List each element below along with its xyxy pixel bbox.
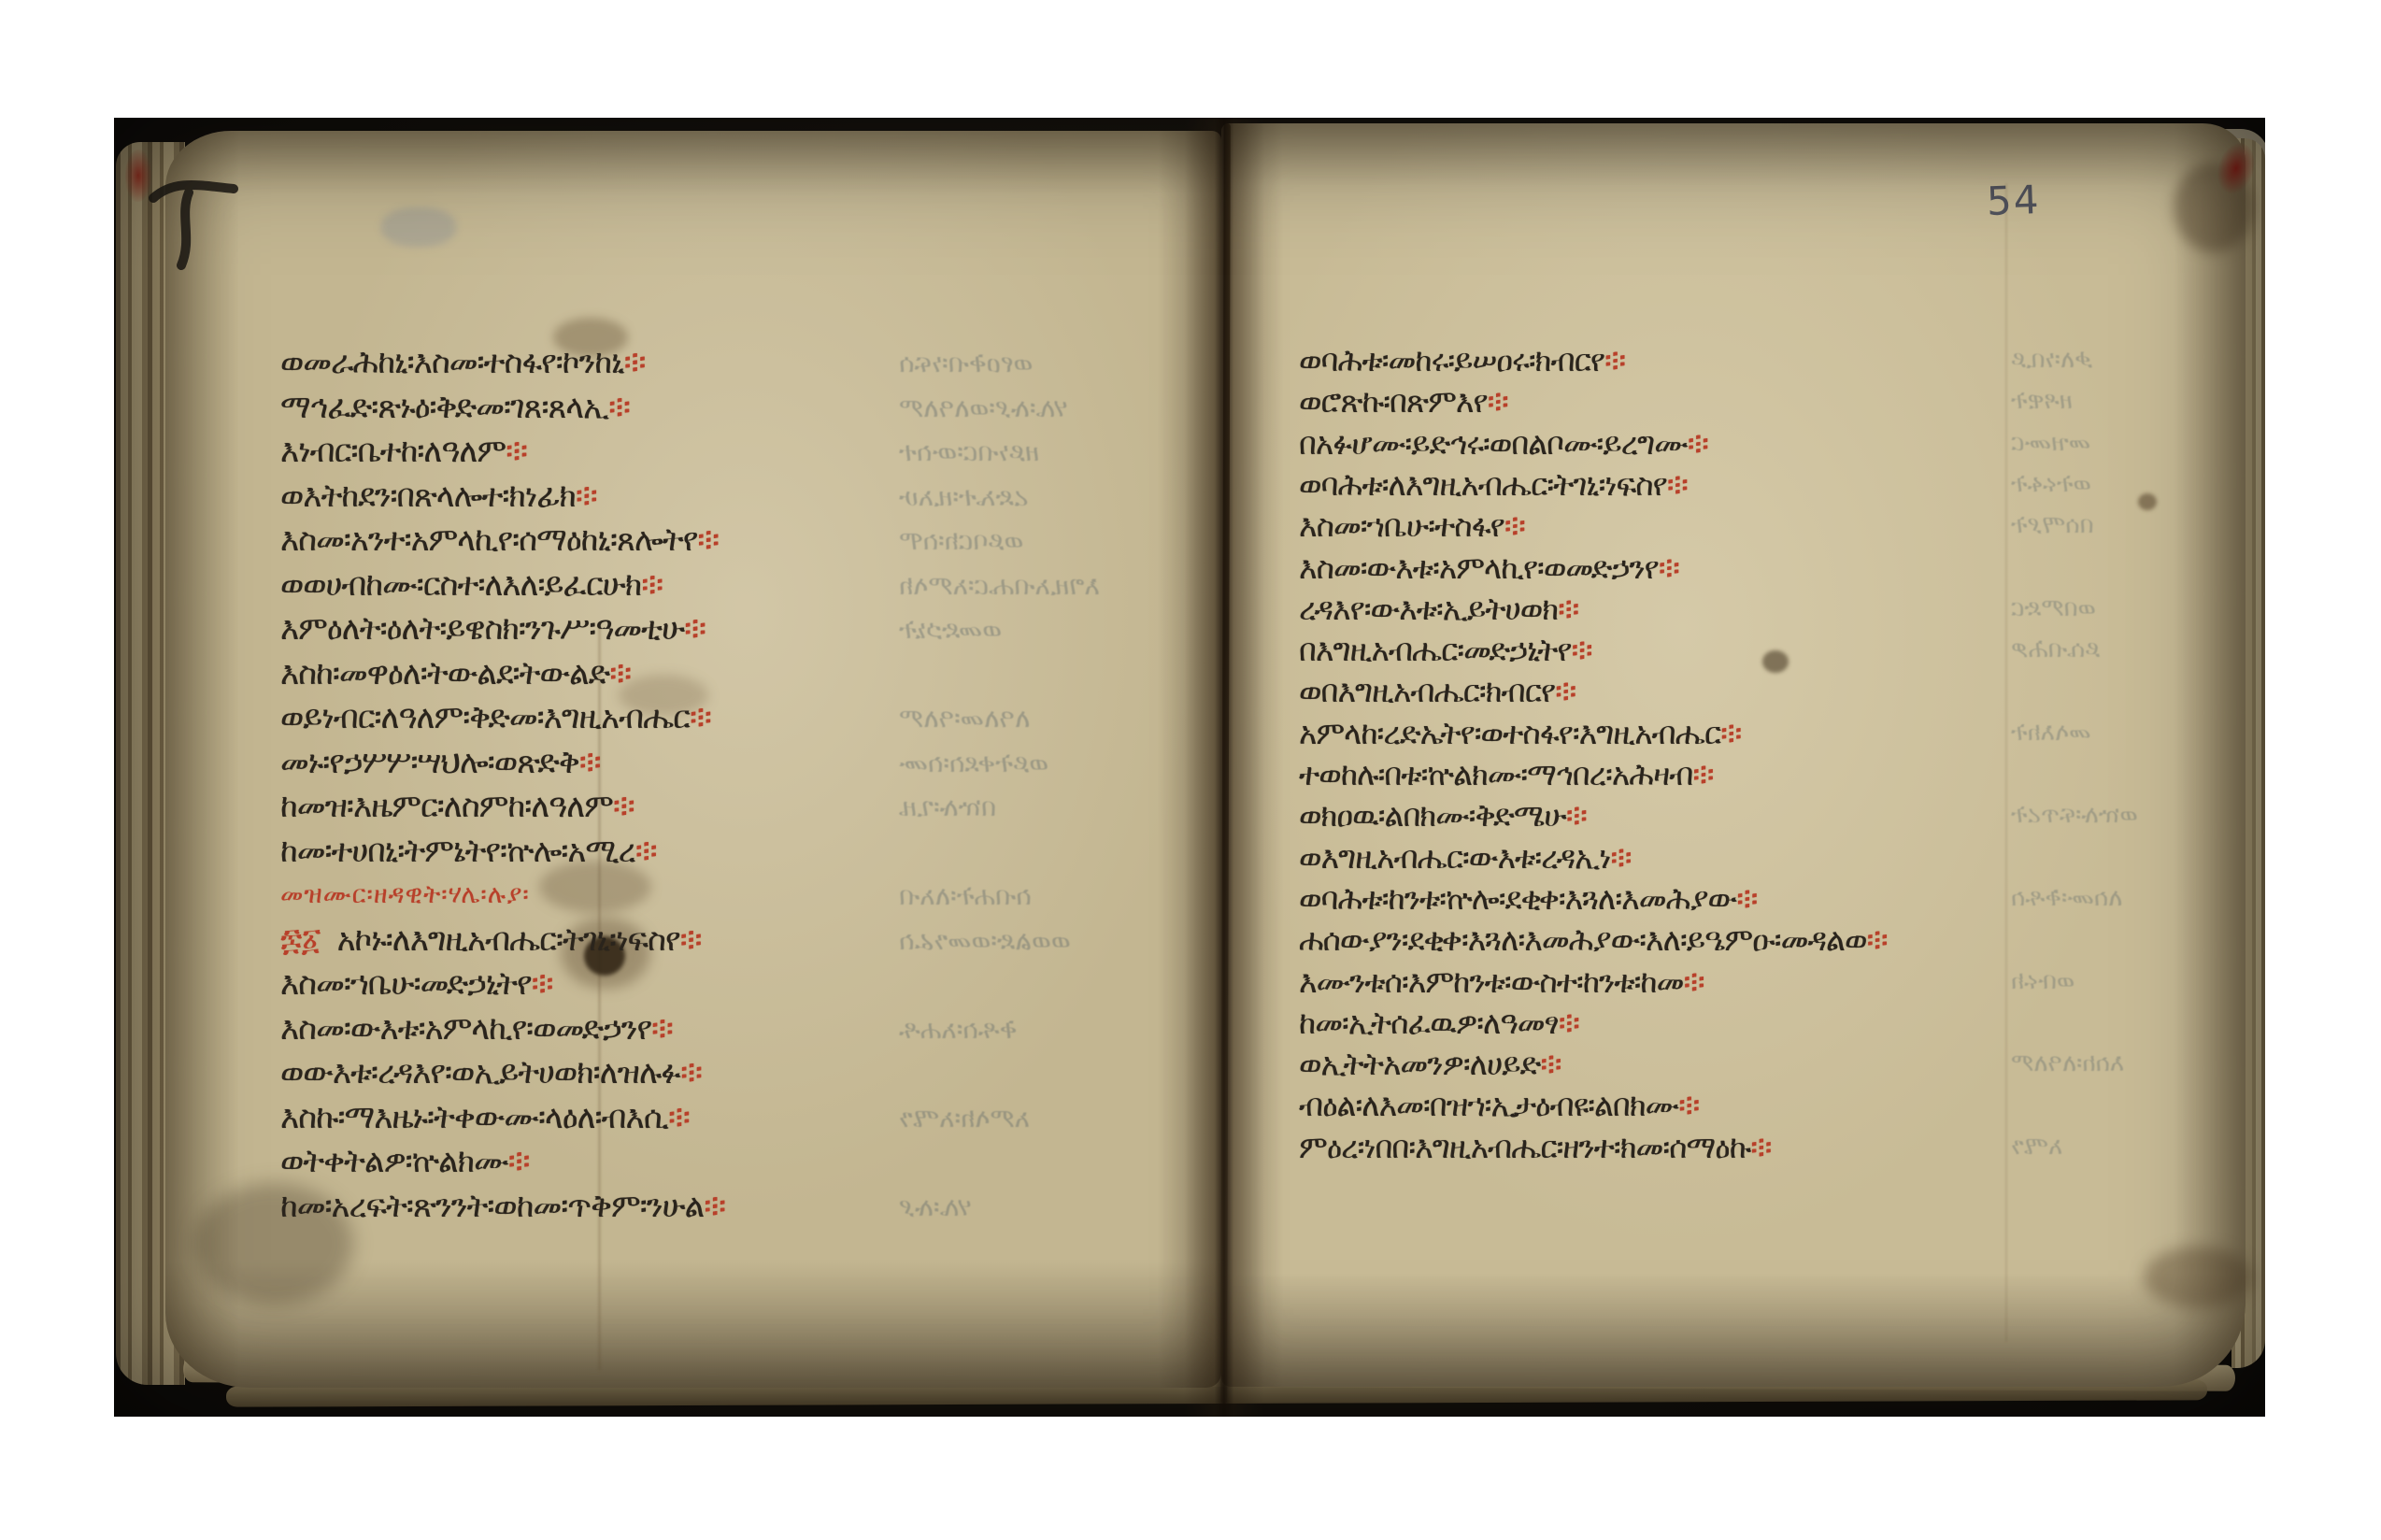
verse-separator-mark: ፨ xyxy=(1678,1087,1699,1123)
verse-line: እስከ፡መዋዕለ፡ትውልደ፡ትውልድ፨ xyxy=(280,655,631,692)
bleed-through-ghost-text: ይሴብሕዎ xyxy=(2011,635,2100,664)
text-segment: ብዕል፡ለእመ፡በዝኀ፡ኢታዕብዩ፡ልበክሙ xyxy=(1299,1087,1678,1123)
bleed-through-ghost-text: መላእክት xyxy=(2011,719,2091,748)
verse-line: እስኩ፡ማእዜኑ፡ትቀውሙ፡ላዕለ፡ብእሲ፨ xyxy=(280,1099,690,1136)
verse-line: ወእትከደን፡በጽላሎተ፡ክነፊክ፨ xyxy=(280,478,597,515)
verse-separator-mark: ፨ xyxy=(1692,756,1713,792)
verse-line: ተወከሉ፡በቱ፡ኵልክሙ፡ማኅበረ፡አሕዛብ፨ xyxy=(1299,756,1714,793)
verse-line: እስመ፡ውእቱ፡አምላኪየ፡ወመድኃንየ፨ xyxy=(280,1010,673,1048)
text-segment: ወባሕቱ፡ለእግዚአብሔር፡ትገኒ፡ነፍስየ xyxy=(1299,466,1667,503)
red-edge-mark-left xyxy=(125,150,151,202)
verse-line: ከመ፡አረፍት፡ጽንንት፡ወከመ፡ጥቅም፡ንሁል፨ xyxy=(280,1188,725,1225)
text-segment: እስመ፡ውእቱ፡አምላኪየ፡ወመድኃንየ xyxy=(280,1010,651,1048)
bleed-through-ghost-text: እግዚአብሔር፡አምላክ xyxy=(899,570,1100,602)
text-segment: እሙንቱሰ፡እምከንቱ፡ውስተ፡ከንቱ፡ከመ xyxy=(1299,963,1683,1000)
psalm-number: ፷፩ xyxy=(280,921,321,959)
text-segment: ረዳእየ፡ውእቱ፡ኢይትሀወክ xyxy=(1299,591,1558,627)
text-segment: ወውእቱ፡ረዳእየ፡ወኢይትሀወክ፡ለዝሉፉ xyxy=(280,1054,680,1091)
text-segment: መዝሙር፡ዘዳዊት፡ሃሌ፡ሉያ፡ xyxy=(280,880,530,909)
verse-separator-mark: ፨ xyxy=(1540,1046,1561,1082)
bleed-through-ghost-text: ለዓለመ፡ዓለም xyxy=(899,703,1030,734)
text-segment: ወእግዚአብሔር፡ውእቱ፡ረዳኢነ xyxy=(1299,839,1610,876)
verse-line: ከመ፡ተሀበኒ፡ትምኔትየ፡ኵሎ፡አሚረ፨ xyxy=(280,833,657,870)
verse-line: ከመዝ፡እዜምር፡ለስምከ፡ለዓለም፨ xyxy=(280,788,634,825)
bleed-through-ghost-text: መዝሙር xyxy=(2011,429,2090,458)
verse-separator-mark: ፨ xyxy=(1558,591,1578,627)
verse-separator-mark: ፨ xyxy=(579,744,601,781)
verse-line: ወወሀብከሙ፡ርስተ፡ለእለ፡ይፈርሁክ፨ xyxy=(280,566,663,604)
verse-separator-mark: ፨ xyxy=(704,1188,725,1225)
verse-line: እስመ፡ኀቤሁ፡ተስፋየ፨ xyxy=(1299,507,1525,545)
bleed-through-ghost-text: ወየዐቅብ፡ነፍሰ xyxy=(899,348,1033,379)
bleed-through-ghost-text: ወይትቀደስ፡ስሙ xyxy=(899,748,1048,779)
verse-separator-mark: ፨ xyxy=(680,921,702,959)
verse-line: እነብር፡ቤተከ፡ለዓለም፨ xyxy=(280,433,527,470)
bleed-through-ghost-text: ወወልድ፡ወመንፈስ xyxy=(899,925,1071,957)
text-segment: ወክዐዉ፡ልበክሙ፡ቅድሜሁ xyxy=(1299,797,1566,834)
bleed-through-ghost-text: ወትሩፋት xyxy=(2011,470,2091,499)
text-segment: ወመራሕከኒ፡እስመ፡ተስፋየ፡ኮንከኒ xyxy=(280,344,624,381)
bleed-through-ghost-text: ዘዳዊት xyxy=(2011,387,2073,416)
bleed-through-ghost-text: አሜን xyxy=(2011,1133,2062,1162)
verse-line: ፷፩አኮኑ፡ለእግዚአብሔር፡ትገኒ፡ነፍስየ፨ xyxy=(280,921,701,959)
bleed-through-ghost-text: ሃሌ፡ሉያ፡ወለዓለም xyxy=(899,392,1067,424)
verse-line: ወበእግዚአብሔር፡ክብርየ፨ xyxy=(1299,673,1575,710)
bleed-through-ghost-text: ስብሐት፡ለአብ xyxy=(899,880,1032,912)
text-segment: ከመዝ፡እዜምር፡ለስምከ፡ለዓለም xyxy=(280,788,613,825)
verse-line: ወኢትትአመንዎ፡ለሀይድ፨ xyxy=(1299,1046,1561,1083)
photo-background: 54 ወመራሕከኒ፡እስመ፡ተስፋየ፡ኮንከኒ፨ማኅፈድ፡ጽኑዕ፡ቅድመ፡ገጸ፡… xyxy=(114,118,2265,1417)
bleed-through-ghost-text: ወመድኃኒት xyxy=(899,614,1002,646)
verse-line: እስመ፡ውእቱ፡አምላኪየ፡ወመድኃንየ፨ xyxy=(1299,549,1679,587)
bleed-through-ghost-text: ቃለ፡ነቢይ xyxy=(2011,346,2092,375)
verse-line: መኑ፡የኃሦሦ፡ሣህሎ፡ወጽድቅ፨ xyxy=(280,744,601,781)
bleed-through-ghost-text: ወበምድር xyxy=(2011,594,2096,623)
verse-separator-mark: ፨ xyxy=(641,566,663,604)
text-segment: እስኩ፡ማእዜኑ፡ትቀውሙ፡ላዕለ፡ብእሲ xyxy=(280,1099,668,1136)
text-segment: ወኢትትአመንዎ፡ለሀይድ xyxy=(1299,1046,1540,1082)
text-segment: መኑ፡የኃሦሦ፡ሣህሎ፡ወጽድቅ xyxy=(280,744,579,781)
verse-line: ወክዐዉ፡ልበክሙ፡ቅድሜሁ፨ xyxy=(1299,797,1587,834)
text-segment: ወባሕቱ፡ከንቱ፡ኵሎ፡ደቂቀ፡እጓለ፡እመሕያው xyxy=(1299,880,1736,917)
bleed-through-ghost-text: ቅዱስ፡አሐዱ xyxy=(899,1014,1017,1046)
verse-line: ወትቀትልዎ፡ኵልክሙ፨ xyxy=(280,1143,530,1180)
text-segment: በእግዚአብሔር፡መድኃኒትየ xyxy=(1299,632,1571,668)
verse-separator-mark: ፨ xyxy=(1488,383,1508,420)
text-segment: እስመ፡ኀቤሁ፡መድኃኒትየ xyxy=(280,965,532,1003)
bleed-through-ghost-text: በኵሉ፡ጊዜ xyxy=(899,791,996,823)
scan-canvas: 54 ወመራሕከኒ፡እስመ፡ተስፋየ፡ኮንከኒ፨ማኅፈድ፡ጽኑዕ፡ቅድመ፡ገጸ፡… xyxy=(0,0,2381,1540)
text-segment: ምዕረ፡ነበበ፡እግዚአብሔር፡ዘንተ፡ክመ፡ሰማዕኩ xyxy=(1299,1129,1750,1165)
right-page-crease xyxy=(2005,183,2007,1342)
bleed-through-ghost-text: ወቡሩክ xyxy=(2011,967,2074,996)
bleed-through-ghost-text: አምላክ፡አሜን xyxy=(899,1103,1030,1134)
verse-separator-mark: ፨ xyxy=(1566,797,1587,834)
text-segment: አምላከ፡ረድኤትየ፡ወተስፋየ፡እግዚአብሔር xyxy=(1299,715,1720,751)
verse-separator-mark: ፨ xyxy=(651,1010,673,1048)
text-segment: እነብር፡ቤተከ፡ለዓለም xyxy=(280,433,506,470)
verse-separator-mark: ፨ xyxy=(576,478,597,515)
verse-separator-mark: ፨ xyxy=(506,433,527,470)
verse-separator-mark: ፨ xyxy=(635,833,657,870)
right-page xyxy=(1221,123,2246,1387)
text-segment: እስመ፡አንተ፡አምላኪየ፡ሰማዕከኒ፡ጸሎትየ xyxy=(280,521,697,559)
bleed-through-ghost-text: እስከ፡ለዓለም xyxy=(2011,1049,2124,1078)
bleed-through-ghost-text: ዘይነብር፡ውስተ xyxy=(899,436,1039,468)
verse-separator-mark: ፨ xyxy=(532,965,553,1003)
text-segment: ተወከሉ፡በቱ፡ኵልክሙ፡ማኅበረ፡አሕዛብ xyxy=(1299,756,1692,792)
verse-line: በእግዚአብሔር፡መድኃኒትየ፨ xyxy=(1299,632,1592,669)
bleed-through-ghost-text: ረድኤተ፡ዚአሁ xyxy=(899,481,1029,513)
bleed-through-ghost-text: ሃሌ፡ሉያ xyxy=(899,1191,971,1223)
verse-separator-mark: ፨ xyxy=(1610,839,1631,876)
verse-line: ሐሰውያን፡ደቂቀ፡እጓለ፡እመሕያው፡እለ፡ይዔምዑ፡መዳልወ፨ xyxy=(1299,921,1888,959)
verse-line: ረዳእየ፡ውእቱ፡ኢይትሀወክ፨ xyxy=(1299,591,1578,628)
verse-separator-mark: ፨ xyxy=(1604,342,1625,378)
verse-line: ወባሕቱ፡ለእግዚአብሔር፡ትገኒ፡ነፍስየ፨ xyxy=(1299,466,1688,504)
verse-separator-mark: ፨ xyxy=(684,610,706,648)
verse-separator-mark: ፨ xyxy=(697,521,719,559)
verse-separator-mark: ፨ xyxy=(1688,425,1708,462)
verse-line: አምላከ፡ረድኤትየ፡ወተስፋየ፡እግዚአብሔር፨ xyxy=(1299,715,1741,752)
verse-line: ወባሕቱ፡መከሩ፡ይሠዐሩ፡ክብርየ፨ xyxy=(1299,342,1625,379)
verse-line: እምዕለት፡ዕለት፡ይዌስክ፡ንጉሥ፡ዓመቲሁ፨ xyxy=(280,610,706,648)
verse-separator-mark: ፨ xyxy=(1683,963,1704,1000)
verse-separator-mark: ፨ xyxy=(1559,1005,1579,1041)
text-segment: ወባሕቱ፡መከሩ፡ይሠዐሩ፡ክብርየ xyxy=(1299,342,1604,378)
text-segment: ወወሀብከሙ፡ርስተ፡ለእለ፡ይፈርሁክ xyxy=(280,566,641,604)
verse-separator-mark: ፨ xyxy=(608,389,630,426)
verse-separator-mark: ፨ xyxy=(613,788,634,825)
verse-line: ወሮጽኩ፡በጽምእየ፨ xyxy=(1299,383,1508,421)
text-segment: ከመ፡ተሀበኒ፡ትምኔትየ፡ኵሎ፡አሚረ xyxy=(280,833,635,870)
verse-separator-mark: ፨ xyxy=(680,1054,702,1091)
text-segment: ወሮጽኩ፡በጽምእየ xyxy=(1299,383,1488,420)
verse-line: በአፉሆሙ፡ይድኅሩ፡ወበልቦሙ፡ይረግሙ፨ xyxy=(1299,425,1708,463)
text-segment: ወበእግዚአብሔር፡ክብርየ xyxy=(1299,673,1555,709)
folio-number: 54 xyxy=(1986,177,2041,224)
text-segment: እስከ፡መዋዕለ፡ትውልደ፡ትውልድ xyxy=(280,655,609,692)
verse-line: ማኅፈድ፡ጽኑዕ፡ቅድመ፡ገጸ፡ጸላኢ፨ xyxy=(280,389,630,426)
verse-line: ወመራሕከኒ፡እስመ፡ተስፋየ፡ኮንከኒ፨ xyxy=(280,344,646,381)
verse-line: ምዕረ፡ነበበ፡እግዚአብሔር፡ዘንተ፡ክመ፡ሰማዕኩ፨ xyxy=(1299,1129,1771,1166)
verse-line: ወይነብር፡ለዓለም፡ቅድመ፡እግዚአብሔር፨ xyxy=(280,699,711,736)
bleed-through-ghost-text: ለስሙ፡ቅዱስ xyxy=(2011,884,2122,913)
text-segment: አኮኑ፡ለእግዚአብሔር፡ትገኒ፡ነፍስየ xyxy=(337,921,680,959)
text-segment: በአፉሆሙ፡ይድኅሩ፡ወበልቦሙ፡ይረግሙ xyxy=(1299,425,1688,462)
verse-separator-mark: ፨ xyxy=(1867,921,1888,958)
verse-line: ከመ፡ኢትሰፈዉዎ፡ለዓመፃ፨ xyxy=(1299,1005,1579,1042)
verse-line: ወውእቱ፡ረዳእየ፡ወኢይትሀወክ፡ለዝሉፉ፨ xyxy=(280,1054,702,1091)
text-segment: ወትቀትልዎ፡ኵልክሙ xyxy=(280,1143,508,1180)
text-segment: ወእትከደን፡በጽላሎተ፡ክነፊክ xyxy=(280,478,576,515)
verse-line: እስመ፡ኀቤሁ፡መድኃኒትየ፨ xyxy=(280,965,552,1003)
text-segment: ሐሰውያን፡ደቂቀ፡እጓለ፡እመሕያው፡እለ፡ይዔምዑ፡መዳልወ xyxy=(1299,921,1867,958)
bleed-through-ghost-text: ወይባርክ፡ስሞ xyxy=(899,525,1023,557)
text-segment: እስመ፡ኀቤሁ፡ተስፋየ xyxy=(1299,507,1504,544)
verse-line: ወባሕቱ፡ከንቱ፡ኵሎ፡ደቂቀ፡እጓለ፡እመሕያው፨ xyxy=(1299,880,1757,918)
verse-separator-mark: ፨ xyxy=(1750,1129,1771,1165)
verse-line: ብዕል፡ለእመ፡በዝኀ፡ኢታዕብዩ፡ልበክሙ፨ xyxy=(1299,1087,1699,1124)
verse-separator-mark: ፨ xyxy=(1571,632,1591,668)
verse-separator-mark: ፨ xyxy=(609,655,631,692)
text-segment: ከመ፡አረፍት፡ጽንንት፡ወከመ፡ጥቅም፡ንሁል xyxy=(280,1188,704,1225)
verse-separator-mark: ፨ xyxy=(1504,507,1525,544)
verse-line: ወእግዚአብሔር፡ውእቱ፡ረዳኢነ፨ xyxy=(1299,839,1632,877)
verse-separator-mark: ፨ xyxy=(668,1099,690,1136)
rubric-line: መዝሙር፡ዘዳዊት፡ሃሌ፡ሉያ፡ xyxy=(280,877,530,914)
verse-separator-mark: ፨ xyxy=(624,344,646,381)
verse-separator-mark: ፨ xyxy=(1555,673,1575,709)
verse-separator-mark: ፨ xyxy=(1736,880,1757,917)
text-segment: ከመ፡ኢትሰፈዉዎ፡ለዓመፃ xyxy=(1299,1005,1559,1041)
bleed-through-ghost-text: ወኵሉ፡ፍጥረት xyxy=(2011,801,2138,830)
verse-line: እሙንቱሰ፡እምከንቱ፡ውስተ፡ከንቱ፡ከመ፨ xyxy=(1299,963,1704,1001)
text-segment: ማኅፈድ፡ጽኑዕ፡ቅድመ፡ገጸ፡ጸላኢ xyxy=(280,389,608,426)
text-segment: እምዕለት፡ዕለት፡ይዌስክ፡ንጉሥ፡ዓመቲሁ xyxy=(280,610,684,648)
verse-separator-mark: ፨ xyxy=(1720,715,1741,751)
text-segment: ወይነብር፡ለዓለም፡ቅድመ፡እግዚአብሔር xyxy=(280,699,690,736)
bleed-through-ghost-text: በሰማያት xyxy=(2011,511,2093,540)
text-segment: እስመ፡ውእቱ፡አምላኪየ፡ወመድኃንየ xyxy=(1299,549,1659,586)
verse-separator-mark: ፨ xyxy=(508,1143,530,1180)
blue-smudge xyxy=(381,207,456,247)
verse-separator-mark: ፨ xyxy=(690,699,711,736)
verse-line: እስመ፡አንተ፡አምላኪየ፡ሰማዕከኒ፡ጸሎትየ፨ xyxy=(280,521,719,559)
verse-separator-mark: ፨ xyxy=(1667,466,1688,503)
pen-scribble-mark xyxy=(136,157,260,280)
verse-separator-mark: ፨ xyxy=(1659,549,1679,586)
